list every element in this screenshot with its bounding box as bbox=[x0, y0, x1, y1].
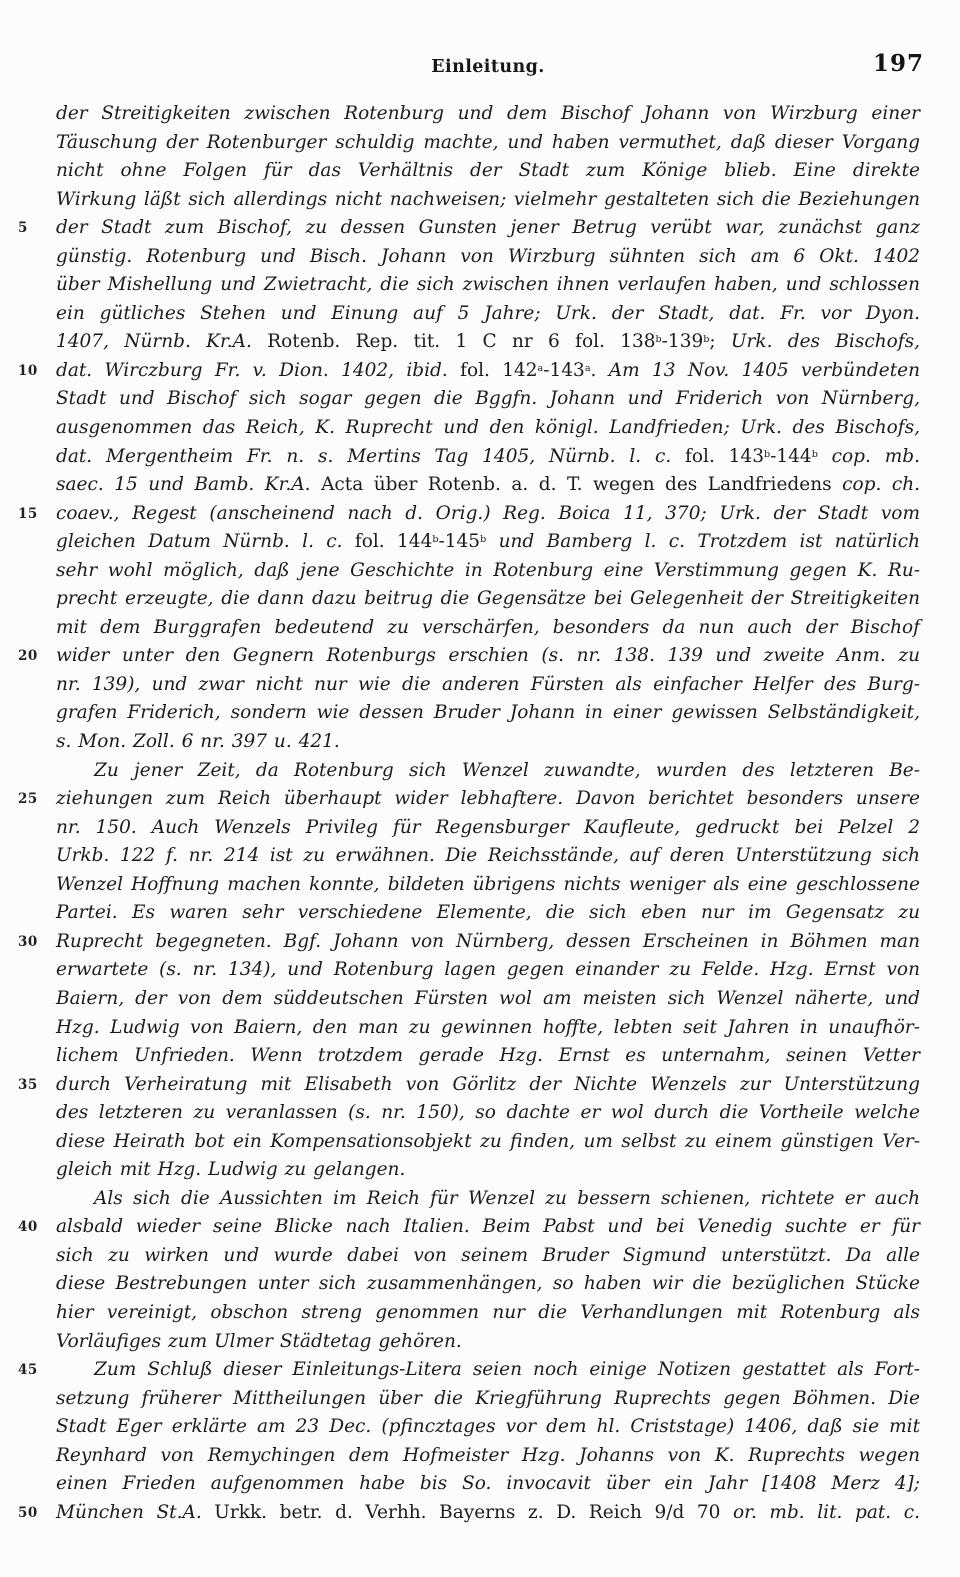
text-line: 50München St.A. Urkk. betr. d. Verhh. Ba… bbox=[56, 1499, 920, 1528]
text-line: s. Mon. Zoll. 6 nr. 397 u. 421. bbox=[56, 728, 920, 757]
text-line: günstig. Rotenburg und Bisch. Johann von… bbox=[56, 243, 920, 272]
text-line: 45Zum Schluß dieser Einleitungs-Litera s… bbox=[56, 1356, 920, 1385]
text-line: gleich mit Hzg. Ludwig zu gelangen. bbox=[56, 1156, 920, 1185]
text-block: der Streitigkeiten zwischen Rotenburg un… bbox=[56, 100, 920, 1527]
text-line: des letzteren zu veranlassen (s. nr. 150… bbox=[56, 1099, 920, 1128]
text-line: 35durch Verheiratung mit Elisabeth von G… bbox=[56, 1071, 920, 1100]
text-line: diese Bestrebungen unter sich zusammenhä… bbox=[56, 1270, 920, 1299]
text-line: 25ziehungen zum Reich überhaupt wider le… bbox=[56, 785, 920, 814]
text-line: Stadt Eger erklärte am 23 Dec. (pfinczta… bbox=[56, 1413, 920, 1442]
text-line: einen Frieden aufgenommen habe bis So. i… bbox=[56, 1470, 920, 1499]
text-line: Wenzel Hoffnung machen konnte, bildeten … bbox=[56, 871, 920, 900]
text-line: saec. 15 und Bamb. Kr.A. Acta über Roten… bbox=[56, 471, 920, 500]
text-line: nr. 150. Auch Wenzels Privileg für Regen… bbox=[56, 814, 920, 843]
text-line: gleichen Datum Nürnb. l. c. fol. 144b-14… bbox=[56, 528, 920, 557]
text-line: diese Heirath bot ein Kompensationsobjek… bbox=[56, 1128, 920, 1157]
text-line: Partei. Es waren sehr verschiedene Eleme… bbox=[56, 899, 920, 928]
text-line: hier vereinigt, obschon streng genommen … bbox=[56, 1299, 920, 1328]
text-line: dat. Mergentheim Fr. n. s. Mertins Tag 1… bbox=[56, 443, 920, 472]
margin-line-number: 45 bbox=[18, 1356, 48, 1385]
text-line: ein gütliches Stehen und Einung auf 5 Ja… bbox=[56, 300, 920, 329]
text-line: Hzg. Ludwig von Baiern, den man zu gewin… bbox=[56, 1014, 920, 1043]
text-line: ausgenommen das Reich, K. Ruprecht und d… bbox=[56, 414, 920, 443]
text-line: Baiern, der von dem süddeutschen Fürsten… bbox=[56, 985, 920, 1014]
margin-line-number: 35 bbox=[18, 1071, 48, 1100]
margin-line-number: 10 bbox=[18, 357, 48, 386]
book-page: Einleitung. 197 der Streitigkeiten zwisc… bbox=[0, 0, 960, 1577]
margin-line-number: 25 bbox=[18, 785, 48, 814]
text-line: Als sich die Aussichten im Reich für Wen… bbox=[56, 1185, 920, 1214]
text-line: der Streitigkeiten zwischen Rotenburg un… bbox=[56, 100, 920, 129]
margin-line-number: 50 bbox=[18, 1499, 48, 1528]
text-line: setzung früherer Mittheilungen über die … bbox=[56, 1385, 920, 1414]
text-line: nr. 139), und zwar nicht nur wie die and… bbox=[56, 671, 920, 700]
text-line: Reynhard von Remychingen dem Hofmeister … bbox=[56, 1442, 920, 1471]
text-line: 1407, Nürnb. Kr.A. Rotenb. Rep. tit. 1 C… bbox=[56, 328, 920, 357]
text-line: precht erzeugte, die dann dazu beitrug d… bbox=[56, 585, 920, 614]
text-line: Zu jener Zeit, da Rotenburg sich Wenzel … bbox=[56, 757, 920, 786]
text-line: 20wider unter den Gegnern Rotenburgs ers… bbox=[56, 642, 920, 671]
margin-line-number: 40 bbox=[18, 1213, 48, 1242]
text-line: sehr wohl möglich, daß jene Geschichte i… bbox=[56, 557, 920, 586]
text-line: Vorläufiges zum Ulmer Städtetag gehören. bbox=[56, 1328, 920, 1357]
margin-line-number: 20 bbox=[18, 642, 48, 671]
text-line: sich zu wirken und wurde dabei von seine… bbox=[56, 1242, 920, 1271]
text-line: erwartete (s. nr. 134), und Rotenburg la… bbox=[56, 956, 920, 985]
text-line: 30Ruprecht begegneten. Bgf. Johann von N… bbox=[56, 928, 920, 957]
margin-line-number: 5 bbox=[18, 214, 48, 243]
text-line: über Mishellung und Zwietracht, die sich… bbox=[56, 271, 920, 300]
text-line: lichem Unfrieden. Wenn trotzdem gerade H… bbox=[56, 1042, 920, 1071]
text-line: Täuschung der Rotenburger schuldig macht… bbox=[56, 129, 920, 158]
text-line: grafen Friderich, sondern wie dessen Bru… bbox=[56, 699, 920, 728]
text-line: nicht ohne Folgen für das Verhältnis der… bbox=[56, 157, 920, 186]
text-line: Urkb. 122 f. nr. 214 ist zu erwähnen. Di… bbox=[56, 842, 920, 871]
text-line: 15coaev., Regest (anscheinend nach d. Or… bbox=[56, 500, 920, 529]
text-line: 40alsbald wieder seine Blicke nach Itali… bbox=[56, 1213, 920, 1242]
margin-line-number: 15 bbox=[18, 500, 48, 529]
section-title: Einleitung. bbox=[55, 57, 921, 77]
margin-line-number: 30 bbox=[18, 928, 48, 957]
text-line: mit dem Burggrafen bedeutend zu verschär… bbox=[56, 614, 920, 643]
text-line: 5der Stadt zum Bischof, zu dessen Gunste… bbox=[56, 214, 920, 243]
text-line: Wirkung läßt sich allerdings nicht nachw… bbox=[56, 186, 920, 215]
text-line: Stadt und Bischof sich sogar gegen die B… bbox=[56, 385, 920, 414]
text-line: 10dat. Wirczburg Fr. v. Dion. 1402, ibid… bbox=[56, 357, 920, 386]
page-number: 197 bbox=[873, 50, 924, 77]
